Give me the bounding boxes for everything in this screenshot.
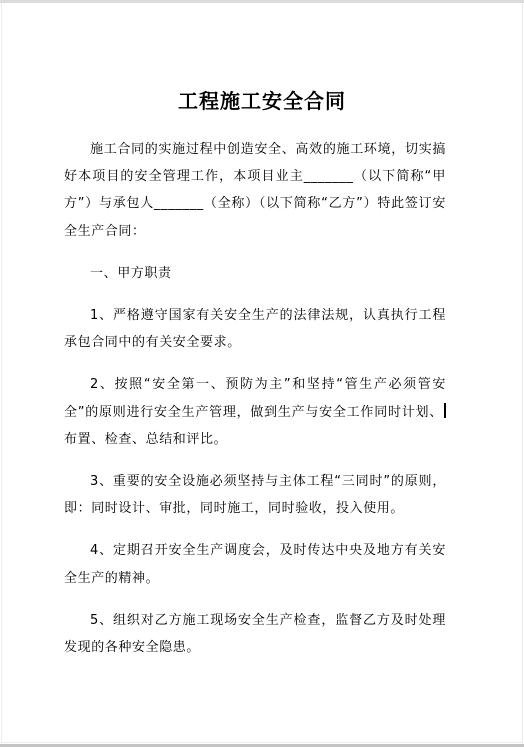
duty-item-1: 1、严格遵守国家有关安全生产的法律法规，认真执行工程承包合同中的有关安全要求。 — [64, 302, 446, 356]
document-title: 工程施工安全合同 — [0, 88, 524, 114]
duty-item-3: 3、重要的安全设施必须坚持与主体工程“三同时”的原则，即：同时设计、审批，同时施… — [64, 468, 446, 522]
duty-item-2-text-b: 布置、检查、总结和评比。 — [64, 432, 227, 447]
duty-item-5: 5、组织对乙方施工现场安全生产检查，监督乙方及时处理发现的各种安全隐患。 — [64, 607, 446, 661]
document-body[interactable]: 施工合同的实施过程中创造安全、高效的施工环境，切实搞好本项目的安全管理工作，本项… — [64, 136, 446, 676]
section-heading-party-a-duties: 一、甲方职责 — [64, 260, 446, 287]
duty-item-2-text-a: 2、按照“安全第一、预防为主”和坚持“管生产必须管安全”的原则进行安全生产管理，… — [64, 377, 446, 419]
duty-item-2: 2、按照“安全第一、预防为主”和坚持“管生产必须管安全”的原则进行安全生产管理，… — [64, 371, 446, 453]
intro-paragraph: 施工合同的实施过程中创造安全、高效的施工环境，切实搞好本项目的安全管理工作，本项… — [64, 136, 446, 245]
duty-item-4: 4、定期召开安全生产调度会，及时传达中央及地方有关安全生产的精神。 — [64, 537, 446, 591]
text-cursor — [444, 403, 446, 418]
